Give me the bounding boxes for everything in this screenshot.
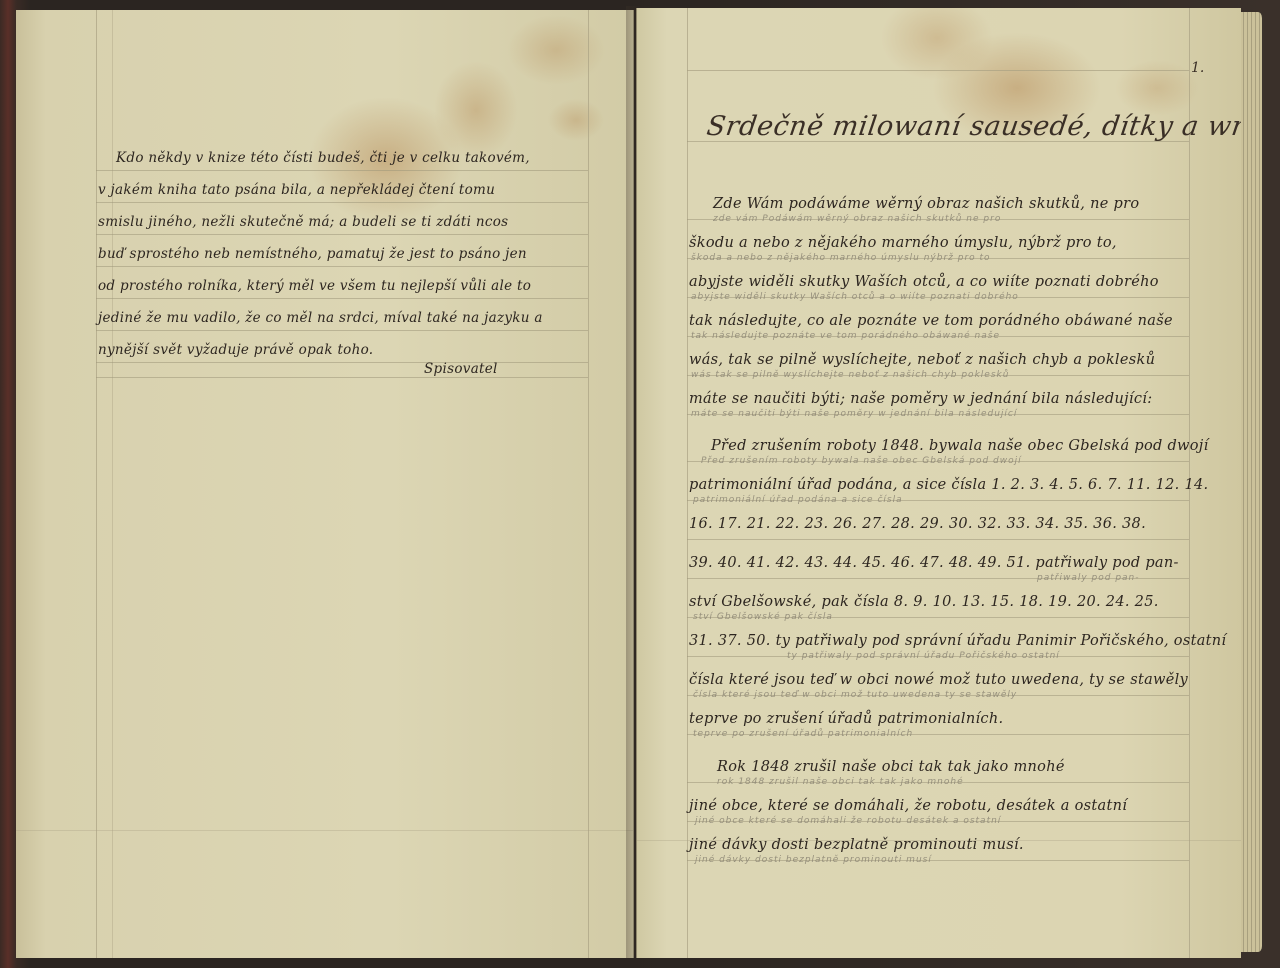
left-text-line-5: od prostého rolníka, který měl ve všem t… bbox=[98, 278, 531, 294]
p2-pencil-2: patrimoniální úřad podána a sice čísla bbox=[693, 495, 903, 505]
p1-pencil-1: zde vám Podáwám wěrný obraz našich skutk… bbox=[713, 214, 1001, 224]
p1-line-6: máte se naučiti býti; naše poměry w jedn… bbox=[689, 391, 1152, 407]
p2-line-2: patrimoniální úřad podána, a sice čísla … bbox=[689, 477, 1208, 493]
p2-line-7: čísla které jsou teď w obci nowé mož tut… bbox=[689, 672, 1188, 688]
p1-line-3: abyjste widěli skutky Waších otců, a co … bbox=[689, 274, 1159, 290]
left-page: Kdo někdy v knize této čísti budeš, čti … bbox=[16, 10, 634, 958]
ruled-line bbox=[96, 330, 588, 331]
bottom-margin-line bbox=[16, 830, 633, 831]
page-edges bbox=[1240, 12, 1264, 952]
ruled-line bbox=[687, 141, 1189, 142]
p2-pencil-4: patřiwaly pod pan- bbox=[1037, 573, 1140, 583]
p2-pencil-5: ství Gbelšowské pak čísla bbox=[693, 612, 833, 622]
p2-pencil-7: čísla které jsou teď w obci mož tuto uwe… bbox=[693, 690, 1017, 700]
p1-pencil-6: máte se naučiti býti naše poměry w jedná… bbox=[691, 409, 1017, 419]
top-margin-line bbox=[687, 70, 1189, 71]
p2-line-1: Před zrušením roboty 1848. bywala naše o… bbox=[711, 438, 1209, 454]
p1-line-1: Zde Wám podáwáme wěrný obraz našich skut… bbox=[713, 196, 1139, 212]
left-margin-line-inner bbox=[112, 10, 113, 958]
ruled-line bbox=[96, 298, 588, 299]
page-title: Srdečně milowaní sausedé, dítky a wnukow… bbox=[705, 111, 1241, 142]
ruled-line bbox=[96, 377, 588, 378]
p3-line-3: jiné dávky dosti bezplatně prominouti mu… bbox=[689, 837, 1024, 853]
p3-pencil-3: jiné dávky dosti bezplatně prominouti mu… bbox=[695, 855, 932, 865]
left-text-line-6: jediné že mu vadilo, že co měl na srdci,… bbox=[98, 310, 543, 326]
left-text-line-7: nynější svět vyžaduje právě opak toho. bbox=[98, 342, 373, 358]
p2-pencil-8: teprve po zrušení úřadů patrimonialních bbox=[693, 729, 913, 739]
left-margin-line bbox=[687, 8, 688, 958]
p1-pencil-2: škoda a nebo z nějakého marného úmyslu n… bbox=[691, 253, 991, 263]
ruled-line bbox=[687, 539, 1189, 540]
p1-pencil-5: wás tak se pilně wyslíchejte neboť z naš… bbox=[691, 370, 1009, 380]
left-text-line-2: v jakém kniha tato psána bila, a nepřekl… bbox=[98, 182, 495, 198]
left-text-line-1: Kdo někdy v knize této čísti budeš, čti … bbox=[116, 150, 530, 166]
p2-pencil-1: Před zrušením roboty bywala naše obec Gb… bbox=[701, 456, 1022, 466]
ruled-line bbox=[96, 234, 588, 235]
p1-line-2: škodu a nebo z nějakého marného úmyslu, … bbox=[689, 235, 1117, 251]
p2-line-4: 39. 40. 41. 42. 43. 44. 45. 46. 47. 48. … bbox=[689, 555, 1179, 571]
p2-line-8: teprve po zrušení úřadů patrimonialních. bbox=[689, 711, 1003, 727]
p3-pencil-1: rok 1848 zrušil naše obci tak tak jako m… bbox=[717, 777, 964, 787]
ruled-line bbox=[96, 202, 588, 203]
p2-line-5: ství Gbelšowské, pak čísla 8. 9. 10. 13.… bbox=[689, 594, 1159, 610]
right-page: 1. Srdečně milowaní sausedé, dítky a wnu… bbox=[636, 8, 1241, 958]
p1-line-5: wás, tak se pilně wyslíchejte, neboť z n… bbox=[689, 352, 1155, 368]
ruled-line bbox=[96, 266, 588, 267]
ruled-line bbox=[96, 362, 588, 363]
left-text-line-4: buď sprostého neb nemístného, pamatuj že… bbox=[98, 246, 527, 262]
right-margin-line bbox=[588, 10, 589, 958]
page-number: 1. bbox=[1191, 60, 1204, 76]
ruled-line bbox=[96, 170, 588, 171]
p3-pencil-2: jiné obce které se domáhali že robotu de… bbox=[695, 816, 1001, 826]
p1-pencil-4: tak následujte poznáte ve tom porádného … bbox=[691, 331, 1000, 341]
left-margin-line bbox=[96, 10, 97, 958]
left-text-line-3: smislu jiného, nežli skutečně má; a bude… bbox=[98, 214, 508, 230]
author-signature: Spisovatel bbox=[424, 361, 498, 377]
p2-line-3: 16. 17. 21. 22. 23. 26. 27. 28. 29. 30. … bbox=[689, 516, 1146, 532]
p1-pencil-3: abyjste widěli skutky Waších otců a o wi… bbox=[691, 292, 1019, 302]
p3-line-2: jiné obce, které se domáhali, že robotu,… bbox=[689, 798, 1127, 814]
p2-line-6: 31. 37. 50. ty patřiwaly pod správní úřa… bbox=[689, 633, 1226, 649]
p1-line-4: tak následujte, co ale poznáte ve tom po… bbox=[689, 313, 1173, 329]
p2-pencil-6: ty patřiwaly pod správní úřadu Pořičskéh… bbox=[787, 651, 1060, 661]
p3-line-1: Rok 1848 zrušil naše obci tak tak jako m… bbox=[717, 759, 1065, 775]
